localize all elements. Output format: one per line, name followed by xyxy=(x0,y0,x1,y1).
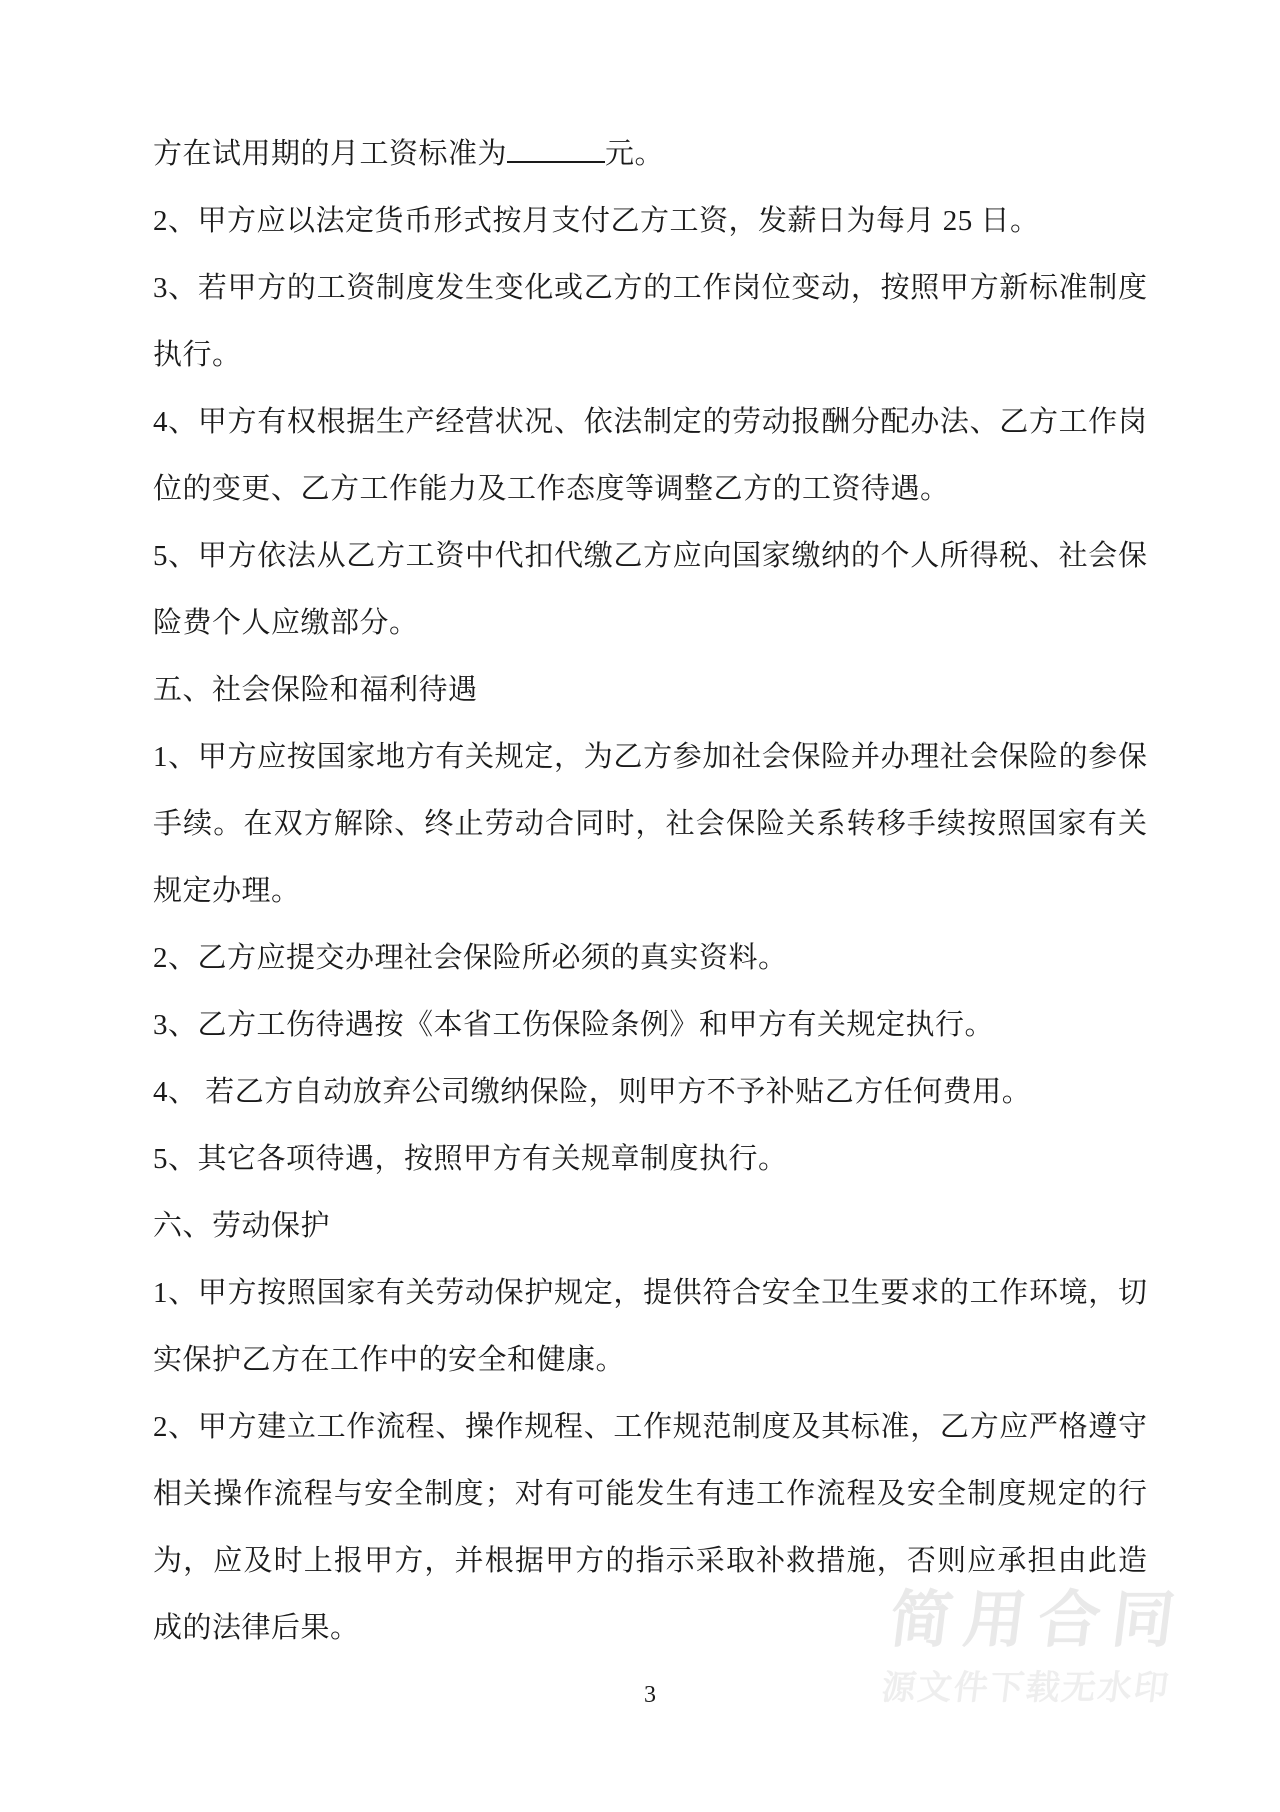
contract-body: 方在试用期的月工资标准为元。2、甲方应以法定货币形式按月支付乙方工资，发薪日为每… xyxy=(153,121,1147,1729)
contract-line: 3、乙方工伤待遇按《本省工伤保险条例》和甲方有关规定执行。 xyxy=(153,992,1147,1059)
contract-line: 为，应及时上报甲方，并根据甲方的指示采取补救措施，否则应承担由此造 xyxy=(153,1528,1147,1595)
contract-line: 4、甲方有权根据生产经营状况、依法制定的劳动报酬分配办法、乙方工作岗 xyxy=(153,389,1147,456)
blank-underline xyxy=(507,161,605,163)
contract-line: 实保护乙方在工作中的安全和健康。 xyxy=(153,1327,1147,1394)
contract-line-text: 方在试用期的月工资标准为 xyxy=(153,138,507,170)
section-heading: 五、社会保险和福利待遇 xyxy=(153,657,1147,724)
contract-line-text: 元。 xyxy=(605,138,664,170)
contract-line: 位的变更、乙方工作能力及工作态度等调整乙方的工资待遇。 xyxy=(153,456,1147,523)
contract-line: 2、乙方应提交办理社会保险所必须的真实资料。 xyxy=(153,925,1147,992)
contract-line: 成的法律后果。 xyxy=(153,1595,1147,1662)
contract-line: 相关操作流程与安全制度；对有可能发生有违工作流程及安全制度规定的行 xyxy=(153,1461,1147,1528)
section-heading: 六、劳动保护 xyxy=(153,1193,1147,1260)
contract-page: 方在试用期的月工资标准为元。2、甲方应以法定货币形式按月支付乙方工资，发薪日为每… xyxy=(0,0,1280,1812)
page-number: 3 xyxy=(153,1662,1147,1729)
contract-line: 手续。在双方解除、终止劳动合同时，社会保险关系转移手续按照国家有关 xyxy=(153,791,1147,858)
contract-line: 险费个人应缴部分。 xyxy=(153,590,1147,657)
contract-line: 1、甲方应按国家地方有关规定，为乙方参加社会保险并办理社会保险的参保 xyxy=(153,724,1147,791)
contract-line: 5、其它各项待遇，按照甲方有关规章制度执行。 xyxy=(153,1126,1147,1193)
contract-line: 执行。 xyxy=(153,322,1147,389)
contract-line: 方在试用期的月工资标准为元。 xyxy=(153,121,1147,188)
contract-line: 规定办理。 xyxy=(153,858,1147,925)
contract-line: 5、甲方依法从乙方工资中代扣代缴乙方应向国家缴纳的个人所得税、社会保 xyxy=(153,523,1147,590)
contract-line: 2、甲方建立工作流程、操作规程、工作规范制度及其标准，乙方应严格遵守 xyxy=(153,1394,1147,1461)
contract-line: 1、甲方按照国家有关劳动保护规定，提供符合安全卫生要求的工作环境，切 xyxy=(153,1260,1147,1327)
contract-line: 2、甲方应以法定货币形式按月支付乙方工资，发薪日为每月 25 日。 xyxy=(153,188,1147,255)
contract-line: 4、 若乙方自动放弃公司缴纳保险，则甲方不予补贴乙方任何费用。 xyxy=(153,1059,1147,1126)
contract-line: 3、若甲方的工资制度发生变化或乙方的工作岗位变动，按照甲方新标准制度 xyxy=(153,255,1147,322)
